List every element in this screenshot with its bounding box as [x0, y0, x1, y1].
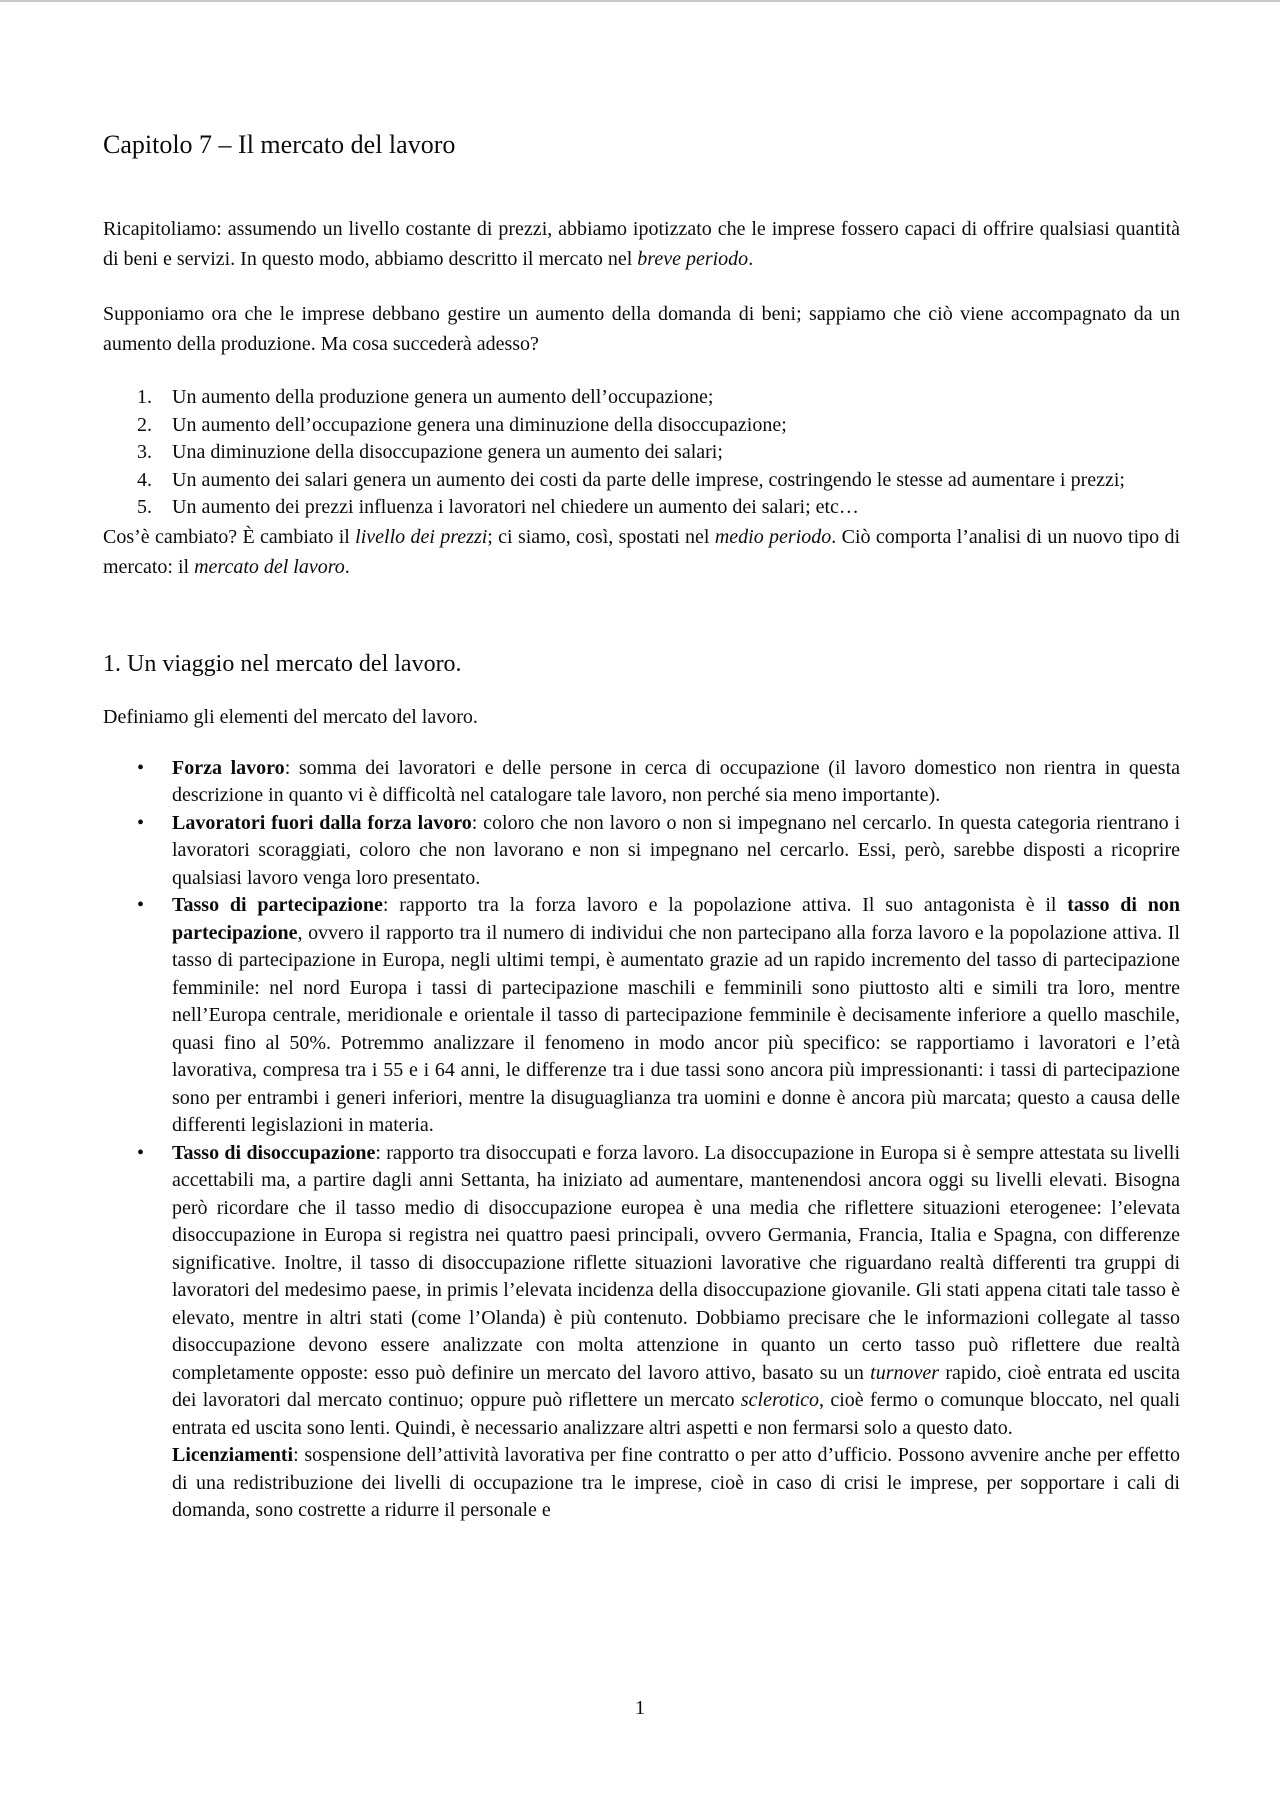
chapter-title: Capitolo 7 – Il mercato del lavoro [103, 128, 1180, 162]
term-item-forza-lavoro: • Forza lavoro: somma dei lavoratori e d… [103, 755, 1180, 810]
bullet-marker: • [137, 755, 167, 783]
step-number: 2. [137, 412, 167, 440]
term-text: Licenziamenti: sospensione dell’attività… [172, 1442, 1180, 1525]
step-number: 1. [137, 384, 167, 412]
term-text: Lavoratori fuori dalla forza lavoro: col… [172, 810, 1180, 893]
bullet-marker: • [137, 1140, 167, 1168]
step-text: Un aumento dei prezzi influenza i lavora… [172, 494, 1180, 522]
intro-paragraph-2: Supponiamo ora che le imprese debbano ge… [103, 299, 1180, 359]
effects-numbered-list: 1. Un aumento della produzione genera un… [103, 384, 1180, 522]
intro-paragraph-1: Ricapitoliamo: assumendo un livello cost… [103, 214, 1180, 274]
term-text: Tasso di disoccupazione: rapporto tra di… [172, 1140, 1180, 1443]
step-text: Un aumento della produzione genera un au… [172, 384, 1180, 412]
page-number: 1 [0, 1695, 1280, 1721]
terms-bullet-list: • Forza lavoro: somma dei lavoratori e d… [103, 755, 1180, 1525]
step-number: 5. [137, 494, 167, 522]
term-item-tasso-partecipazione: • Tasso di partecipazione: rapporto tra … [103, 892, 1180, 1140]
effect-item-2: 2. Un aumento dell’occupazione genera un… [103, 412, 1180, 440]
conclusion-paragraph: Cos’è cambiato? È cambiato il livello de… [103, 522, 1180, 582]
step-text: Una diminuzione della disoccupazione gen… [172, 439, 1180, 467]
effect-item-5: 5. Un aumento dei prezzi influenza i lav… [103, 494, 1180, 522]
step-number: 3. [137, 439, 167, 467]
term-text: Forza lavoro: somma dei lavoratori e del… [172, 755, 1180, 810]
effect-item-1: 1. Un aumento della produzione genera un… [103, 384, 1180, 412]
bullet-marker: • [137, 892, 167, 920]
effect-item-4: 4. Un aumento dei salari genera un aumen… [103, 467, 1180, 495]
bullet-marker: • [137, 810, 167, 838]
term-item-lavoratori-fuori: • Lavoratori fuori dalla forza lavoro: c… [103, 810, 1180, 893]
term-item-tasso-disoccupazione: • Tasso di disoccupazione: rapporto tra … [103, 1140, 1180, 1443]
step-text: Un aumento dei salari genera un aumento … [172, 467, 1180, 495]
term-text: Tasso di partecipazione: rapporto tra la… [172, 892, 1180, 1140]
section-1-heading: 1. Un viaggio nel mercato del lavoro. [103, 648, 1180, 680]
document-page: Capitolo 7 – Il mercato del lavoro Ricap… [0, 0, 1280, 1811]
step-number: 4. [137, 467, 167, 495]
step-text: Un aumento dell’occupazione genera una d… [172, 412, 1180, 440]
define-paragraph: Definiamo gli elementi del mercato del l… [103, 702, 1180, 732]
term-item-licenziamenti: Licenziamenti: sospensione dell’attività… [103, 1442, 1180, 1525]
effect-item-3: 3. Una diminuzione della disoccupazione … [103, 439, 1180, 467]
